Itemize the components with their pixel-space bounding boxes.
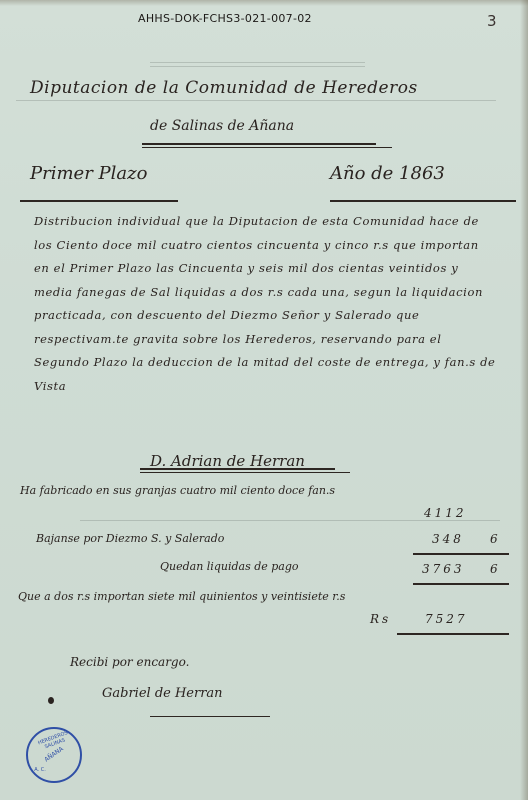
page-top-edge — [0, 0, 528, 6]
archive-reference: AHHS-DOK-FCHS3-021-007-02 — [138, 12, 312, 25]
sum-rule — [413, 583, 509, 585]
page-number: 3 — [487, 12, 497, 30]
title-line-2: de Salinas de Añana — [150, 118, 294, 134]
entry-label-deduction: Bajanse por Diezmo S. y Salerado — [36, 532, 224, 545]
entry-label-fabricated: Ha fabricado en sus granjas cuatro mil c… — [20, 484, 380, 497]
ruled-line — [80, 520, 500, 521]
entry-value-total: 7527 — [425, 612, 468, 626]
recipient-underline — [140, 468, 335, 470]
heading-year: Año de 1863 — [330, 163, 445, 184]
entry-value-deduction: 348 — [432, 532, 464, 546]
entry-label-total: Que a dos r.s importan siete mil quinien… — [18, 590, 378, 603]
entry-prefix-total: Rs — [370, 612, 391, 626]
entry-value-fabricated: 4112 — [424, 506, 467, 520]
heading-primer-plazo: Primer Plazo — [30, 163, 147, 184]
archive-stamp: HEREDEROS SALINAS AÑANA A. C. — [26, 727, 82, 783]
receipt-note: Recibi por encargo. — [70, 655, 189, 669]
recipient-underline — [140, 472, 350, 473]
signature-flourish — [150, 716, 270, 717]
entry-fraction-deduction: 6 — [490, 532, 501, 546]
sum-rule — [413, 553, 509, 555]
title-line-1: Diputacion de la Comunidad de Herederos — [30, 78, 418, 98]
heading-right-underline — [330, 200, 516, 202]
heading-left-underline — [20, 200, 178, 202]
entry-value-net: 3763 — [422, 562, 465, 576]
ink-blot — [48, 697, 54, 704]
document-page: AHHS-DOK-FCHS3-021-007-02 3 Diputacion d… — [0, 0, 528, 800]
title-underline — [142, 143, 376, 145]
total-rule — [397, 633, 509, 635]
title-underline — [142, 147, 392, 148]
ruled-line — [16, 100, 496, 101]
bleed-through-line — [150, 62, 365, 63]
entry-fraction-net: 6 — [490, 562, 501, 576]
signature: Gabriel de Herran — [102, 686, 223, 701]
stamp-lower-text: A. C. — [30, 767, 50, 773]
page-right-edge — [520, 0, 528, 800]
entry-label-net: Quedan liquidas de pago — [160, 560, 299, 573]
bleed-through-line — [150, 66, 365, 67]
distribution-paragraph: Distribucion individual que la Diputacio… — [34, 210, 496, 398]
